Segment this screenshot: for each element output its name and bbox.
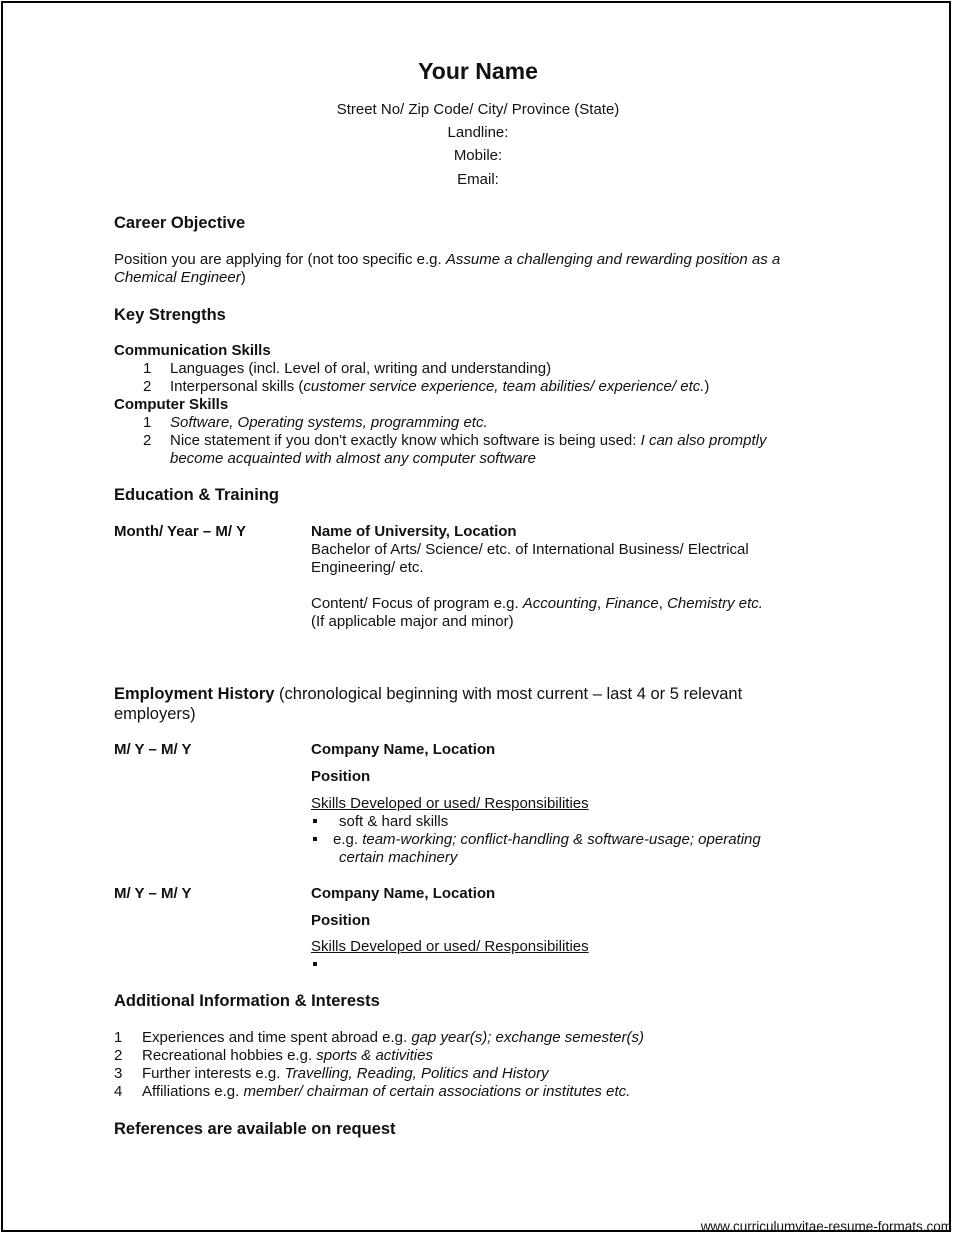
communication-skills-title: Communication Skills: [114, 342, 271, 359]
item-italic: Travelling, Reading, Politics and Histor…: [285, 1065, 549, 1082]
list-number: 2: [114, 1047, 122, 1064]
computer-skills-title: Computer Skills: [114, 396, 228, 413]
list-number: 4: [114, 1083, 122, 1100]
list-item: Interpersonal skills (customer service e…: [170, 378, 709, 395]
list-number: 1: [143, 360, 151, 377]
item-italic: gap year(s); exchange semester(s): [411, 1029, 644, 1046]
bullet-item-continuation: certain machinery: [339, 849, 457, 866]
company-name: Company Name, Location: [311, 741, 495, 758]
references-note: References are available on request: [114, 1120, 396, 1139]
employment-heading-rest: (chronological beginning with most curre…: [274, 685, 742, 703]
skills-title: Skills Developed or used/ Responsibiliti…: [311, 938, 589, 955]
mobile-line: Mobile:: [0, 147, 956, 164]
item-italic: sports & activities: [316, 1047, 433, 1064]
item-plain: Nice statement if you don't exactly know…: [170, 432, 641, 449]
additional-info-heading: Additional Information & Interests: [114, 992, 380, 1011]
item-plain: Further interests e.g.: [142, 1065, 285, 1082]
objective-plain: Position you are applying for (not too s…: [114, 251, 446, 268]
bullet-icon: [313, 819, 317, 823]
item-end: ): [704, 378, 709, 395]
job-position: Position: [311, 768, 370, 785]
skills-title: Skills Developed or used/ Responsibiliti…: [311, 795, 589, 812]
address-line: Street No/ Zip Code/ City/ Province (Sta…: [0, 101, 956, 118]
objective-end: ): [241, 269, 246, 286]
item-italic: member/ chairman of certain associations…: [243, 1083, 630, 1100]
item-italic: customer service experience, team abilit…: [303, 378, 704, 395]
focus-italic: Accounting: [523, 595, 597, 612]
list-item: Recreational hobbies e.g. sports & activ…: [142, 1047, 433, 1064]
degree-line: Bachelor of Arts/ Science/ etc. of Inter…: [311, 541, 749, 558]
list-item: Languages (incl. Level of oral, writing …: [170, 360, 551, 377]
item-plain: Interpersonal skills (: [170, 378, 303, 395]
key-strengths-heading: Key Strengths: [114, 306, 226, 325]
bullet-italic: team-working; conflict-handling & softwa…: [362, 831, 761, 848]
education-date: Month/ Year – M/ Y: [114, 523, 246, 540]
list-item: Experiences and time spent abroad e.g. g…: [142, 1029, 644, 1046]
focus-sep: ,: [659, 595, 667, 612]
bullet-plain: e.g.: [333, 831, 362, 848]
job-position: Position: [311, 912, 370, 929]
list-number: 1: [114, 1029, 122, 1046]
education-heading: Education & Training: [114, 486, 279, 505]
list-item: Affiliations e.g. member/ chairman of ce…: [142, 1083, 630, 1100]
program-focus: Content/ Focus of program e.g. Accountin…: [311, 595, 763, 612]
objective-italic-2: Chemical Engineer: [114, 269, 241, 286]
degree-line-2: Engineering/ etc.: [311, 559, 424, 576]
job-date: M/ Y – M/ Y: [114, 885, 192, 902]
bullet-item: e.g. team-working; conflict-handling & s…: [333, 831, 761, 848]
focus-italic: Chemistry etc.: [667, 595, 763, 612]
focus-italic: Finance: [605, 595, 658, 612]
job-date: M/ Y – M/ Y: [114, 741, 192, 758]
bullet-icon: [313, 837, 317, 841]
bullet-icon: [313, 962, 317, 966]
list-item: Software, Operating systems, programming…: [170, 414, 488, 431]
list-item: Further interests e.g. Travelling, Readi…: [142, 1065, 549, 1082]
list-number: 3: [114, 1065, 122, 1082]
list-number: 1: [143, 414, 151, 431]
employment-heading-bold: Employment History: [114, 685, 274, 703]
resume-name: Your Name: [0, 58, 956, 85]
item-plain: Experiences and time spent abroad e.g.: [142, 1029, 411, 1046]
item-plain: Recreational hobbies e.g.: [142, 1047, 316, 1064]
email-line: Email:: [0, 171, 956, 188]
career-objective-heading: Career Objective: [114, 214, 245, 233]
employment-heading-line2: employers): [114, 705, 196, 724]
major-minor-note: (If applicable major and minor): [311, 613, 514, 630]
institution-name: Name of University, Location: [311, 523, 517, 540]
landline-line: Landline:: [0, 124, 956, 141]
list-number: 2: [143, 432, 151, 449]
footer-url[interactable]: www.curriculumvitae-resume-formats.com: [701, 1219, 952, 1234]
objective-italic: Assume a challenging and rewarding posit…: [446, 251, 780, 268]
list-item: Nice statement if you don't exactly know…: [170, 432, 767, 449]
focus-plain: Content/ Focus of program e.g.: [311, 595, 523, 612]
company-name: Company Name, Location: [311, 885, 495, 902]
career-objective-text-line2: Chemical Engineer): [114, 269, 246, 286]
list-number: 2: [143, 378, 151, 395]
employment-heading: Employment History (chronological beginn…: [114, 685, 742, 704]
item-italic: I can also promptly: [641, 432, 767, 449]
career-objective-text: Position you are applying for (not too s…: [114, 251, 780, 268]
bullet-item: soft & hard skills: [339, 813, 448, 830]
item-plain: Affiliations e.g.: [142, 1083, 243, 1100]
list-item-continuation: become acquainted with almost any comput…: [170, 450, 536, 467]
